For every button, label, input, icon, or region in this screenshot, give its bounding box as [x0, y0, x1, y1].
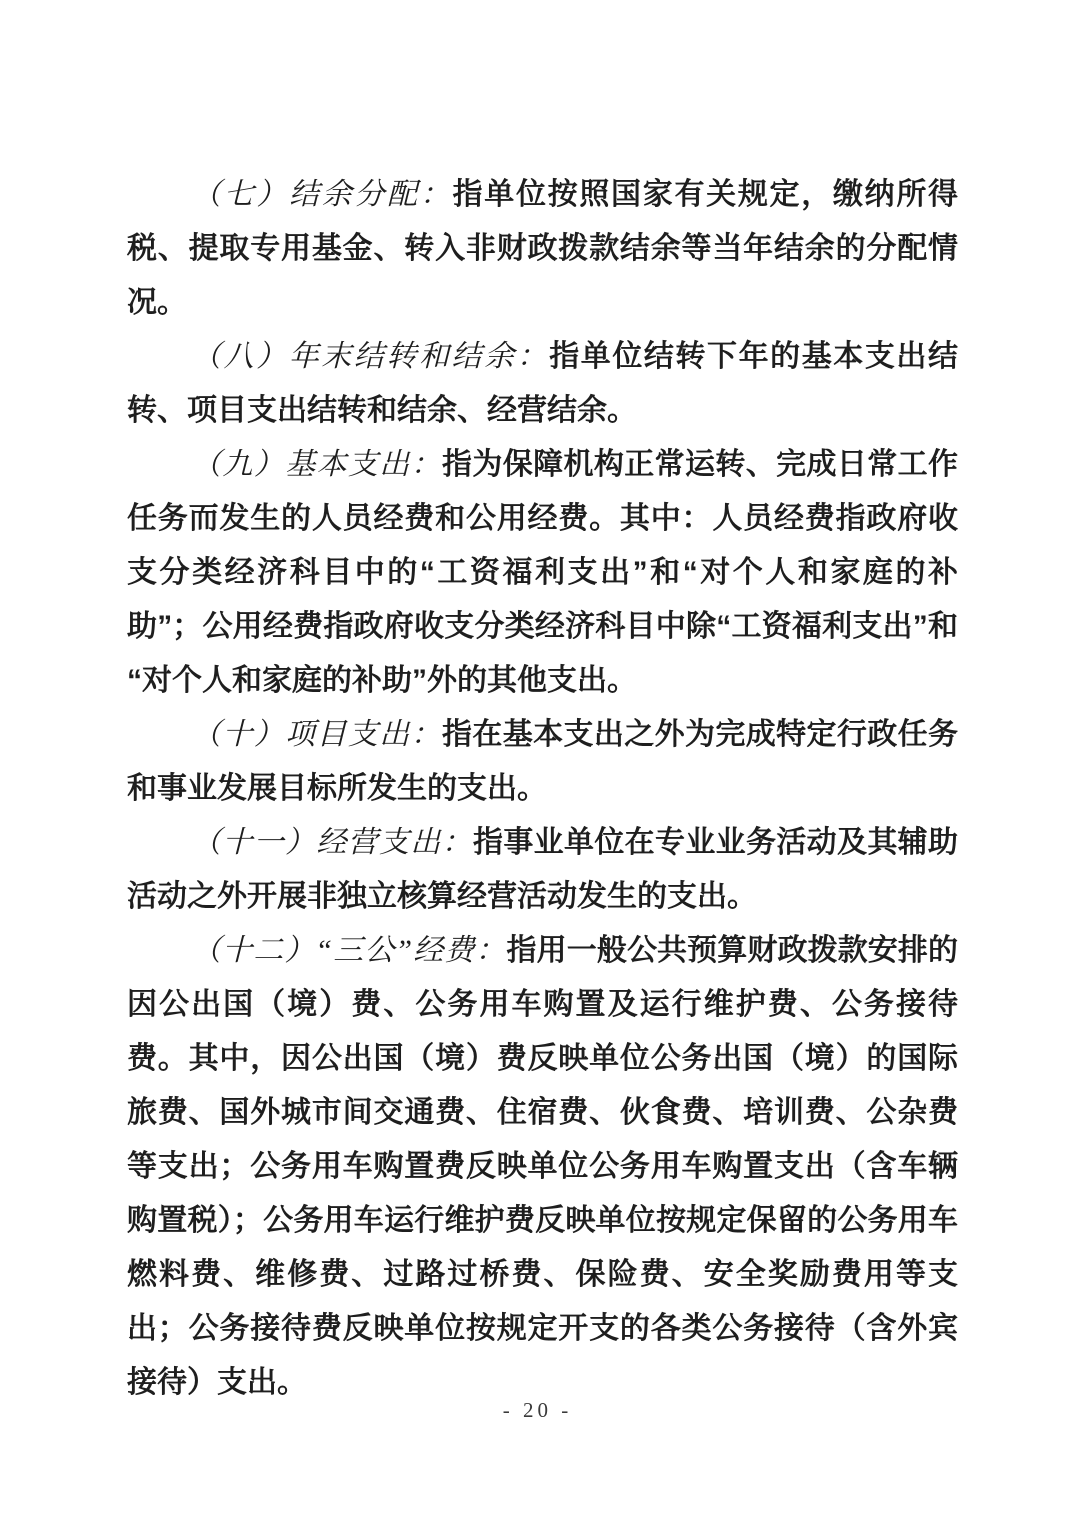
clause-label: （十二）“三公”经费： — [191, 934, 507, 967]
clause-label: （十）项目支出： — [191, 718, 442, 751]
page-number: - 20 - — [0, 1398, 1075, 1423]
clause-paragraph: （九）基本支出：指为保障机构正常运转、完成日常工作任务而发生的人员经费和公用经费… — [127, 438, 958, 708]
clause-label: （七）结余分配： — [191, 178, 453, 211]
clause-paragraph: （十二）“三公”经费：指用一般公共预算财政拨款安排的因公出国（境）费、公务用车购… — [127, 924, 958, 1410]
clause-label: （八）年末结转和结余： — [191, 340, 549, 373]
clause-text: 指用一般公共预算财政拨款安排的因公出国（境）费、公务用车购置及运行维护费、公务接… — [127, 934, 958, 1399]
clause-paragraph: （七）结余分配：指单位按照国家有关规定，缴纳所得税、提取专用基金、转入非财政拨款… — [127, 168, 958, 330]
clause-text: 指为保障机构正常运转、完成日常工作任务而发生的人员经费和公用经费。其中：人员经费… — [127, 448, 958, 697]
clause-paragraph: （八）年末结转和结余：指单位结转下年的基本支出结转、项目支出结转和结余、经营结余… — [127, 330, 958, 438]
document-page: （七）结余分配：指单位按照国家有关规定，缴纳所得税、提取专用基金、转入非财政拨款… — [0, 0, 1075, 1520]
clause-label: （十一）经营支出： — [191, 826, 473, 859]
clause-label: （九）基本支出： — [191, 448, 442, 481]
clause-paragraph: （十）项目支出：指在基本支出之外为完成特定行政任务和事业发展目标所发生的支出。 — [127, 708, 958, 816]
clause-paragraph: （十一）经营支出：指事业单位在专业业务活动及其辅助活动之外开展非独立核算经营活动… — [127, 816, 958, 924]
document-body: （七）结余分配：指单位按照国家有关规定，缴纳所得税、提取专用基金、转入非财政拨款… — [127, 168, 958, 1410]
